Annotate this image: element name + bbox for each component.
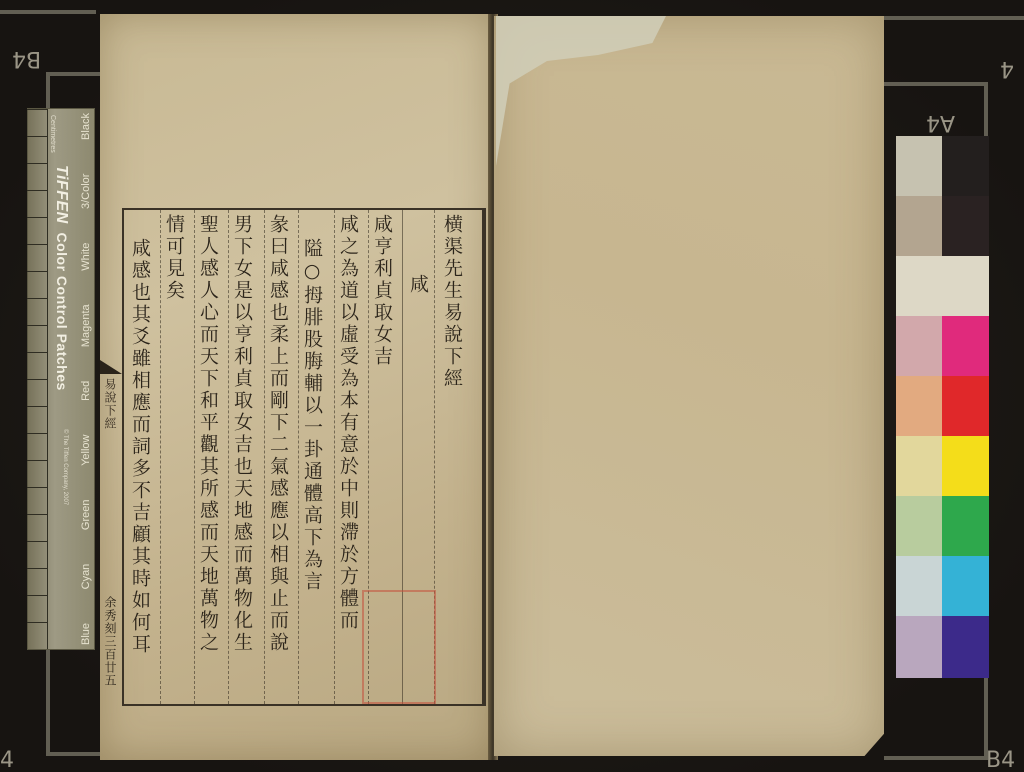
- ruler-label-blue: Blue: [80, 623, 92, 645]
- patch-light-magenta: [896, 316, 942, 376]
- ruler-label-red: Red: [80, 381, 92, 401]
- patch-light-red: [896, 376, 942, 436]
- margin-note: 易說下經: [104, 378, 116, 430]
- text-column-3: 隘○拇腓股脢輔以一卦通體高下為言: [302, 238, 321, 593]
- ruler-label-white: White: [80, 243, 92, 271]
- tiffen-color-control-ruler: Blue Cyan Green Yellow Red Magenta White…: [27, 108, 95, 650]
- ruler-color-labels: Blue Cyan Green Yellow Red Magenta White…: [80, 113, 92, 645]
- patch-dark-brown: [942, 196, 989, 256]
- section-heading: 咸: [408, 274, 427, 296]
- text-column-1: 咸亨利貞取女吉: [372, 214, 391, 368]
- board-label-bottom-right: B4: [986, 748, 1015, 772]
- board-label-top-left: B4: [12, 46, 41, 71]
- patch-light-cyan: [896, 556, 942, 616]
- column-rule: [194, 210, 195, 704]
- color-control-patches: [896, 136, 989, 678]
- text-column-8: 咸感也其爻雖相應而詞多不吉顧其時如何耳: [130, 238, 149, 656]
- ruler-label-magenta: Magenta: [80, 304, 92, 347]
- patch-yellow: [942, 436, 989, 496]
- text-column-5: 男下女是以亨利貞取女吉也天地感而萬物化生: [232, 214, 251, 654]
- ruler-brand: TiFFEN Color Control Patches: [52, 165, 70, 391]
- ruler-label-3color: 3/Color: [80, 174, 92, 209]
- board-label-bottom-left: 4: [0, 748, 14, 772]
- board-guide-line-top-left: [0, 10, 96, 14]
- book-title-column: 横渠先生易說下經: [442, 214, 461, 390]
- patch-light-blue: [896, 616, 942, 678]
- text-column-6: 聖人感人心而天下和平觀其所感而天地萬物之: [198, 214, 217, 654]
- column-rule: [160, 210, 161, 704]
- ruler-scale-ticks: [27, 109, 48, 649]
- ruler-title: Color Control Patches: [54, 232, 70, 390]
- patch-green: [942, 496, 989, 556]
- ruler-label-black: Black: [80, 113, 92, 140]
- red-seal-impression: [362, 590, 436, 704]
- text-column-4: 彖曰咸感也柔上而剛下二氣感應以相與止而說: [268, 214, 287, 654]
- tiffen-logo: TiFFEN: [53, 165, 70, 224]
- column-rule: [298, 210, 299, 704]
- patch-gray-light: [896, 136, 942, 196]
- patch-light-green: [896, 496, 942, 556]
- patch-magenta: [942, 316, 989, 376]
- board-guide-line-top-right: [884, 16, 1024, 20]
- patch-blue: [942, 616, 989, 678]
- column-rule: [228, 210, 229, 704]
- carver-footer-note: 余秀刻三百廿五: [104, 596, 116, 687]
- ruler-label-cyan: Cyan: [80, 564, 92, 590]
- board-label-top-right: 4: [1000, 56, 1014, 81]
- patch-white: [896, 256, 989, 316]
- patch-tan: [896, 196, 942, 256]
- text-column-2: 咸之為道以虛受為本有意於中則滯於方體而: [338, 214, 357, 632]
- text-column-7: 情可見矣: [164, 214, 183, 302]
- board-label-a4: A4: [926, 110, 955, 135]
- book-page-right: [494, 16, 884, 756]
- patch-black: [942, 136, 989, 196]
- ruler-label-green: Green: [80, 500, 92, 531]
- patch-light-yellow: [896, 436, 942, 496]
- column-rule: [264, 210, 265, 704]
- ruler-label-yellow: Yellow: [80, 435, 92, 466]
- patch-cyan: [942, 556, 989, 616]
- ruler-units-label: Centimetres: [49, 115, 56, 153]
- patch-red: [942, 376, 989, 436]
- column-rule: [334, 210, 335, 704]
- ruler-copyright: © The Tiffen Company, 2007: [62, 429, 68, 505]
